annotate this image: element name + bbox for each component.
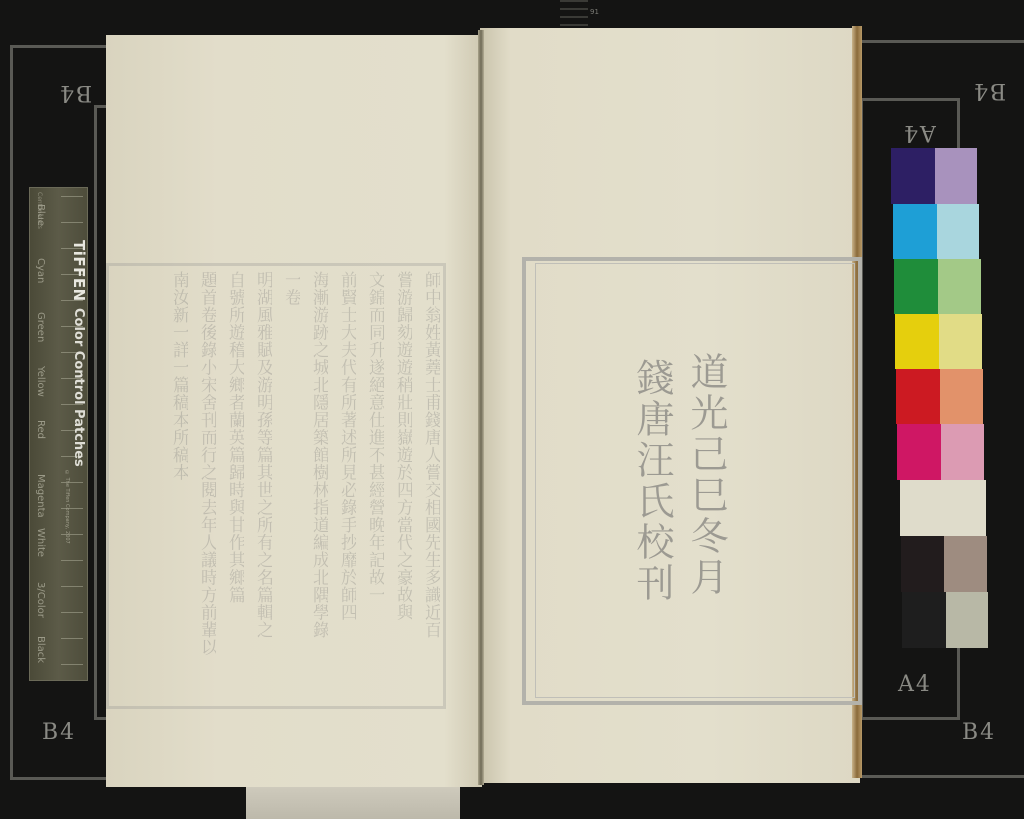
book-spine-gutter [478, 30, 484, 785]
patch-cyan [893, 204, 937, 259]
swatch-label-blue: Blue [35, 204, 46, 258]
title-column-date: 道光己巳冬月 [686, 352, 726, 598]
size-label-b4-top-right: B4 [972, 78, 1006, 103]
patch-blue [891, 148, 935, 204]
bottom-guide-line [860, 775, 1024, 778]
swatch-label-magenta: Magenta [35, 474, 46, 528]
patch-black [902, 592, 946, 648]
size-label-b4-top-left: B4 [58, 80, 92, 105]
size-label-a4-upper-right: A4 [902, 120, 936, 145]
patch-magenta [897, 424, 941, 480]
patch-light-green [938, 259, 981, 314]
patch-pink [941, 424, 984, 480]
swatch-label-black: Black [35, 636, 46, 690]
patch-lavender [935, 148, 977, 204]
ruler-copyright: © The Tiffen Company, 2007 [64, 470, 70, 544]
bottom-paper-strip [246, 785, 460, 819]
bleed-column: 海漸游跡之城北隱居築館樹林指道編成北隅學錄 [306, 271, 328, 701]
swatch-label-red: Red [35, 420, 46, 474]
top-scale-marks [560, 0, 588, 30]
patch-orange [940, 369, 983, 424]
bleed-column: 師中翁姓黃蕘士甫錢唐人嘗交相國先生多識近百 [418, 271, 440, 701]
patch-light-cyan [937, 204, 979, 259]
size-label-a4-lower-right: A4 [898, 672, 932, 697]
bleed-column: 一卷 [278, 271, 300, 701]
bleed-column: 自號所遊稽大鄉者蘭英篇歸時與甘作其鄉篇 [222, 271, 244, 701]
tiffen-color-control-ruler: Centimeters TiFFEN Color Control Patches… [29, 187, 88, 681]
swatch-label-3color: 3/Color [35, 582, 46, 636]
bleed-column: 嘗游歸劾遊遊稍壯則嶽遊於四方當代之豪故與 [390, 271, 412, 701]
swatch-label-white: White [35, 528, 46, 582]
swatch-label-yellow: Yellow [35, 366, 46, 420]
bleed-column: 前賢士大夫代有所著述所見必錄手抄靡於師四 [334, 271, 356, 701]
swatch-label-green: Green [35, 312, 46, 366]
ruler-swatch-labels: Blue Cyan Green Yellow Red Magenta White… [35, 204, 46, 690]
left-page-bleed-text: 師中翁姓黃蕘士甫錢唐人嘗交相國先生多識近百 嘗游歸劾遊遊稍壯則嶽遊於四方當代之豪… [120, 271, 440, 701]
patch-green [894, 259, 938, 314]
color-calibration-chart [891, 148, 989, 648]
bleed-column: 文錦而同升遂絕意仕進不甚經營晚年記故一 [362, 271, 384, 701]
size-label-b4-bottom-left: B4 [42, 720, 76, 745]
patch-light-yellow [939, 314, 982, 369]
patch-dark-brown [901, 536, 944, 592]
patch-red [896, 369, 940, 424]
ruler-product-name: Color Control Patches [71, 308, 86, 467]
bleed-column: 南汝新一詳一篇稿本所稿本 [166, 271, 188, 701]
title-column-publisher: 錢唐汪氏校刊 [632, 358, 672, 604]
tiffen-logo: TiFFEN [70, 240, 88, 302]
bleed-column: 明湖風雅賦及游明孫等篇其世之所有之名篇輯之 [250, 271, 272, 701]
patch-white [900, 480, 986, 536]
left-page: 師中翁姓黃蕘士甫錢唐人嘗交相國先生多識近百 嘗游歸劾遊遊稍壯則嶽遊於四方當代之豪… [106, 35, 482, 787]
top-scale-number: 91 [590, 8, 599, 16]
size-label-b4-bottom-right: B4 [962, 720, 996, 745]
patch-grey [946, 592, 988, 648]
bleed-column: 題首卷後錄小宋舍刊而行之閱去年人議時方前輩以 [194, 271, 216, 701]
swatch-label-cyan: Cyan [35, 258, 46, 312]
patch-taupe [944, 536, 987, 592]
patch-yellow [895, 314, 939, 369]
